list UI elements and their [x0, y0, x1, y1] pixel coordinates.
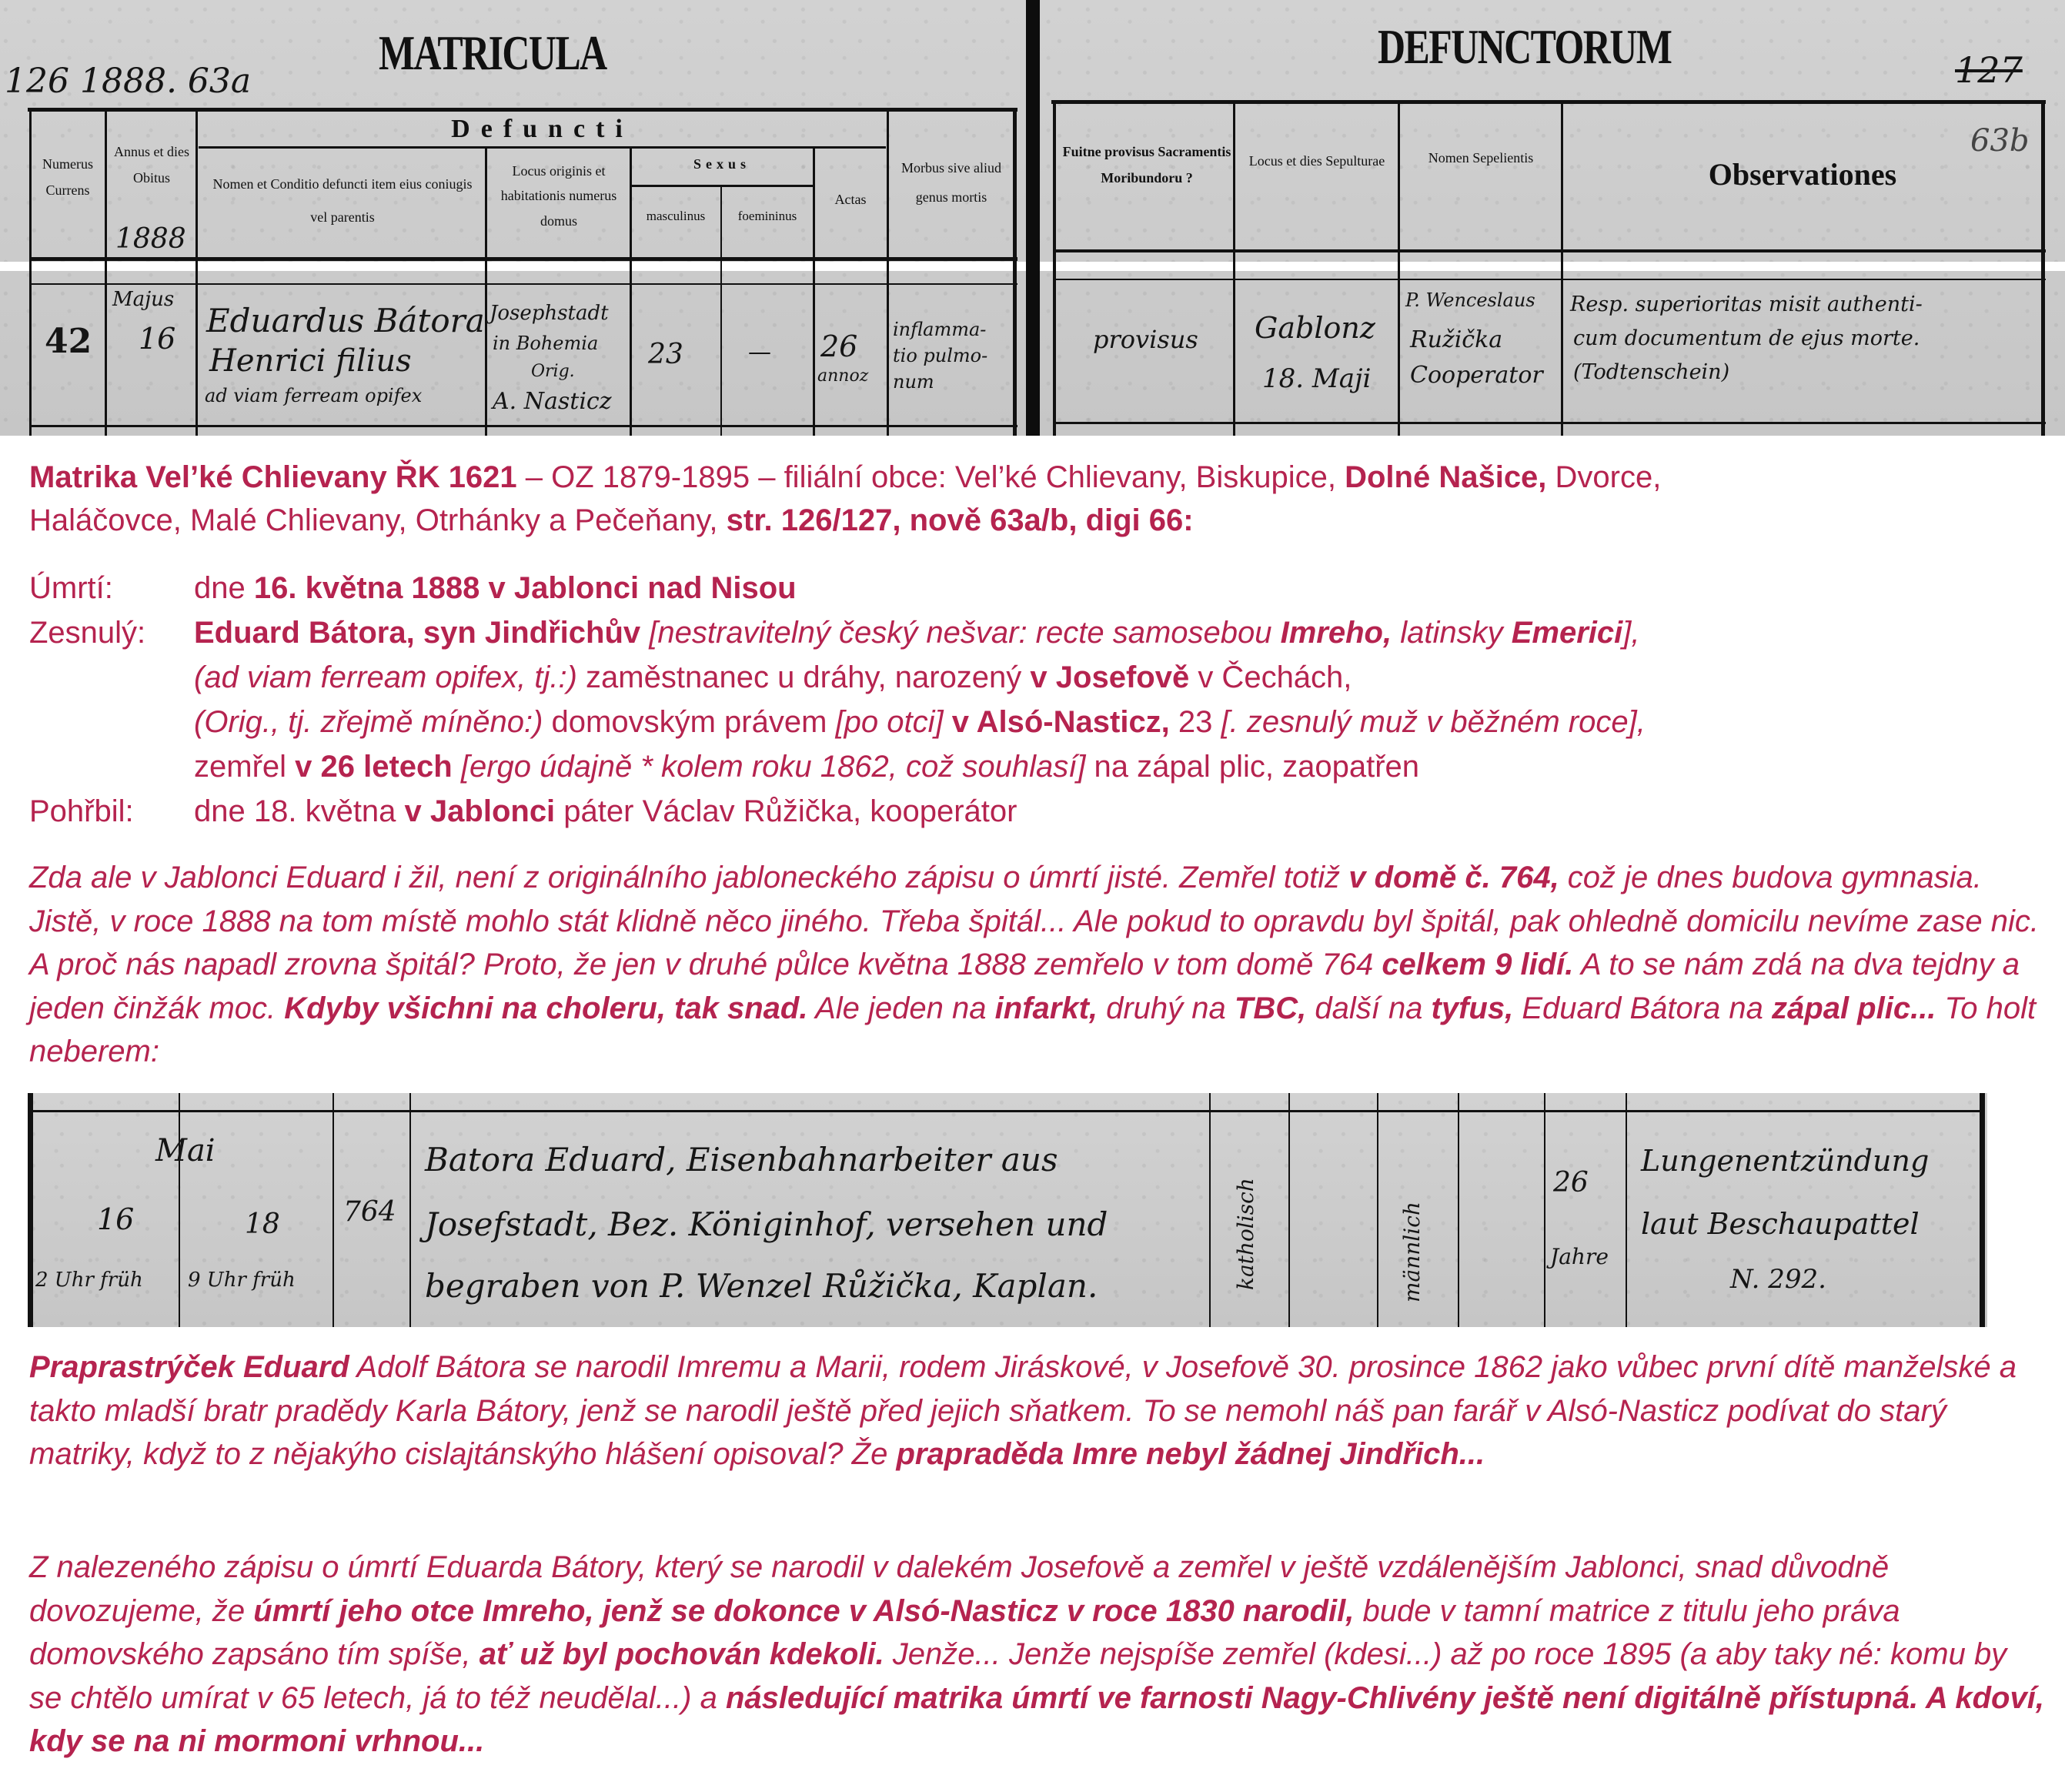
scan2-age-unit: Jahre: [1550, 1244, 1609, 1269]
label-deceased: Zesnulý:: [29, 611, 145, 654]
burial-value: dne 18. května v Jablonci páter Václav R…: [194, 790, 1017, 833]
note: [ergo údajně * kolem roku 1862, což souh…: [453, 750, 1086, 784]
note-bold: Imreho,: [1281, 616, 1392, 650]
row-name-line3: ad viam ferream opifex: [205, 385, 422, 406]
col-line: [1458, 1093, 1459, 1327]
row-top: [1054, 279, 2046, 280]
col-line: [1626, 1093, 1627, 1327]
title-matricula: MATRICULA: [379, 25, 606, 82]
deceased-name: Eduard Bátora, syn Jindřichův: [194, 616, 640, 650]
text: páter Václav Růžička, kooperátor: [555, 794, 1017, 828]
emph: Praprastrýček Eduard: [29, 1350, 349, 1384]
header-provisus: Fuitne provisus Sacramentis Moribundoru …: [1062, 139, 1231, 191]
table-header-bottom-right: [1054, 249, 2046, 252]
text: zaměstnanec u dráhy, narozený: [577, 660, 1030, 694]
row-locus-line1: Josephstadt: [490, 302, 609, 325]
label-burial: Pohřbil:: [29, 790, 134, 833]
row-sepeliens-line3: Cooperator: [1410, 362, 1543, 389]
burial-place: v Jablonci: [405, 794, 556, 828]
col-line: [630, 148, 632, 436]
scan2-age: 26: [1553, 1167, 1589, 1199]
col-line: [105, 108, 107, 436]
col-line: [2041, 100, 2045, 436]
emph: ať už byl pochován kdekoli.: [479, 1637, 884, 1671]
header-locus: Locus originis et habitationis numerus d…: [488, 159, 630, 233]
col-line: [409, 1093, 411, 1327]
scan2-month: Mai: [155, 1133, 216, 1168]
sexus-underline: [631, 185, 813, 187]
emph: Kdyby všichni na choleru, tak snad.: [284, 991, 807, 1025]
scan2-cause-line3: N. 292.: [1730, 1264, 1826, 1295]
header-annus: Annus et dies Obitus: [108, 139, 195, 191]
row-name-line2: Henrici filius: [209, 343, 412, 379]
age: v 26 letech: [295, 750, 453, 784]
text: další na: [1306, 991, 1431, 1025]
scan2-house: 764: [343, 1196, 396, 1228]
row-morbus-line3: num: [893, 371, 934, 393]
row-locus-line2: in Bohemia: [493, 333, 598, 354]
row-top: [31, 283, 1017, 285]
frame-left: [28, 1093, 33, 1327]
table-top-right: [1051, 100, 2046, 104]
row-locus-line3: Orig.: [531, 362, 575, 381]
row-sepultura-line1: Gablonz: [1255, 311, 1375, 345]
row-month: Majus: [112, 288, 174, 311]
source-text: Dvorce,: [1546, 460, 1661, 494]
source-title: Matrika Vel’ké Chlievany ŘK 1621: [29, 460, 517, 494]
col-line: [1233, 103, 1235, 436]
note: (ad viam ferream opifex, tj.:): [194, 660, 577, 694]
header-masculinus: masculinus: [631, 206, 720, 226]
commentary-paragraph-1: Zda ale v Jablonci Eduard i žil, není z …: [29, 856, 2046, 1074]
page-ref-left: 126 1888. 63a: [5, 62, 251, 101]
row-morbus-line2: tio pulmo-: [893, 345, 987, 366]
register-scan-matricula: 126 1888. 63a 127 63b MATRICULA DEFUNCTO…: [0, 0, 2065, 436]
note: [nestravitelný český nešvar: recte samos…: [640, 616, 1280, 650]
header-nomen: Nomen et Conditio defuncti item eius con…: [208, 168, 477, 234]
col-line: [195, 108, 198, 436]
source-header-line1: Matrika Vel’ké Chlievany ŘK 1621 – OZ 18…: [29, 456, 1661, 499]
row-domus: 23: [648, 339, 683, 370]
text: druhý na: [1098, 991, 1235, 1025]
scan2-text-line1: Batora Eduard, Eisenbahnarbeiter aus: [425, 1141, 1058, 1179]
emph: úmrtí jeho otce Imreho, jenž se dokonce …: [253, 1594, 1354, 1628]
register-scan-jablonec: Mai 16 18 2 Uhr früh 9 Uhr früh 764 Bato…: [28, 1093, 1987, 1327]
row-locus-line4: A. Nasticz: [493, 388, 612, 415]
row-observatio-line3: (Todtenschein): [1573, 360, 1729, 384]
birthplace: v Josefově: [1030, 660, 1189, 694]
note: latinsky: [1392, 616, 1512, 650]
text: Ale jeden na: [807, 991, 994, 1025]
col-line: [1561, 103, 1563, 436]
text: zemřel: [194, 750, 295, 784]
row-sepeliens-line1: P. Wenceslaus: [1405, 289, 1535, 311]
row-morbus-line1: inflamma-: [893, 319, 986, 340]
text: na zápal plic, zaopatřen: [1085, 750, 1419, 784]
death-value: dne 16. května 1888 v Jablonci nad Nisou: [194, 567, 797, 610]
group-header-defuncti: Defuncti: [199, 109, 886, 150]
scan2-cause-line1: Lungenentzündung: [1641, 1144, 1929, 1178]
row-sepeliens-line2: Ružička: [1410, 326, 1502, 353]
col-line: [1288, 1093, 1290, 1327]
scan2-sex: männlich: [1399, 1202, 1425, 1302]
col-line: [485, 148, 487, 436]
scan2-text-line3: begraben von P. Wenzel Růžička, Kaplan.: [425, 1267, 1098, 1305]
text: [944, 705, 952, 739]
col-line: [1377, 1093, 1378, 1327]
emph: TBC,: [1235, 991, 1306, 1025]
note-bold: Emerici: [1512, 616, 1623, 650]
col-line: [1398, 103, 1400, 436]
deceased-line2: (ad viam ferream opifex, tj.:) zaměstnan…: [194, 656, 1352, 699]
title-defunctorum: DEFUNCTORUM: [1378, 18, 1671, 75]
text: v Čechách,: [1189, 660, 1352, 694]
row-foemininus: —: [748, 339, 771, 366]
book-gutter: [1026, 0, 1040, 436]
commentary-paragraph-2: Praprastrýček Eduard Adolf Bátora se nar…: [29, 1346, 2046, 1476]
col-line: [332, 1093, 334, 1327]
row-observatio-line1: Resp. superioritas misit authenti-: [1570, 293, 1923, 316]
text: Eduard Bátora na: [1513, 991, 1772, 1025]
scan2-burial-time: 9 Uhr früh: [188, 1269, 296, 1292]
deceased-line4: zemřel v 26 letech [ergo údajně * kolem …: [194, 745, 1419, 788]
emph: celkem 9 lidí.: [1382, 948, 1573, 981]
death-date-place: 16. května 1888 v Jablonci nad Nisou: [254, 571, 797, 605]
note: [po otci]: [836, 705, 944, 739]
row-sepultura-line2: 18. Maji: [1262, 363, 1371, 394]
scan2-religion: katholisch: [1233, 1178, 1258, 1290]
emph: v domě č. 764,: [1348, 861, 1559, 894]
page-ref-right: 127: [1955, 49, 2023, 91]
col-line: [1053, 100, 1056, 436]
col-line: [887, 108, 889, 436]
text: dne: [194, 571, 254, 605]
note: [. zesnulý muž v běžném roce],: [1221, 705, 1646, 739]
header-sexus: Sexus: [631, 154, 813, 176]
emph: tyfus,: [1432, 991, 1514, 1025]
header-aetas: Actas: [814, 189, 887, 211]
commentary-paragraph-3: Z nalezeného zápisu o úmrtí Eduarda Báto…: [29, 1546, 2046, 1764]
deceased-line1: Eduard Bátora, syn Jindřichův [nestravit…: [194, 611, 1639, 654]
text: 23: [1170, 705, 1221, 739]
source-text: – OZ 1879-1895 – filiální obce: Vel’ké C…: [517, 460, 1345, 494]
header-morbus: Morbus sive aliud genus mortis: [890, 154, 1013, 212]
col-line: [1209, 1093, 1211, 1327]
text: domovským právem: [543, 705, 835, 739]
text: Zda ale v Jablonci Eduard i žil, není z …: [29, 861, 1348, 894]
emph: infarkt,: [995, 991, 1098, 1025]
row-name-line1: Eduardus Bátora: [206, 302, 485, 339]
row-day: 16: [139, 322, 175, 356]
row-numerus: 42: [45, 322, 92, 361]
row-aetas: 26: [820, 329, 857, 363]
table-header-bottom-left: [31, 257, 1017, 261]
text: dne 18. května: [194, 794, 405, 828]
scan2-death-time: 2 Uhr früh: [35, 1269, 143, 1292]
source-village: Dolné Našice,: [1345, 460, 1546, 494]
col-line: [1544, 1093, 1545, 1327]
header-foemininus: foemininus: [722, 206, 813, 226]
col-line: [1013, 108, 1017, 436]
row-observatio-line2: cum documentum de ejus morte.: [1573, 326, 1920, 350]
scan2-cause-line2: laut Beschaupattel: [1641, 1207, 1920, 1241]
label-death: Úmrtí:: [29, 567, 113, 610]
note: (Orig., tj. zřejmě míněno:): [194, 705, 543, 739]
scan2-burial-day: 18: [245, 1209, 280, 1240]
emph: zápal plic...: [1772, 991, 1936, 1025]
note: ],: [1622, 616, 1639, 650]
header-annus-year: 1888: [115, 223, 186, 255]
frame-right: [1980, 1093, 1985, 1327]
header-numerus: Numerus Currens: [31, 151, 105, 203]
header-sepeliens: Nomen Sepelientis: [1401, 142, 1561, 175]
row-aetas-unit: annoz: [817, 366, 868, 386]
source-header-line2: Haláčovce, Malé Chlievany, Otrhánky a Pe…: [29, 499, 1194, 542]
source-page-ref: str. 126/127, nově 63a/b, digi 66:: [727, 503, 1194, 537]
row-provisus: provisus: [1093, 325, 1198, 354]
row-bottom: [1054, 422, 2046, 424]
domicile: v Alsó-Nasticz,: [952, 705, 1170, 739]
scan2-text-line2: Josefstadt, Bez. Königinhof, versehen un…: [425, 1205, 1108, 1243]
col-line: [179, 1093, 180, 1327]
scan2-death-day: 16: [97, 1202, 134, 1236]
deceased-line3: (Orig., tj. zřejmě míněno:) domovským pr…: [194, 700, 1646, 744]
header-sepultura: Locus et dies Sepulturae: [1236, 145, 1398, 178]
emph: prapraděda Imre nebyl žádnej Jindřich...: [896, 1437, 1485, 1471]
row-top: [32, 1110, 1980, 1112]
source-text: Haláčovce, Malé Chlievany, Otrhánky a Pe…: [29, 503, 727, 537]
header-observationes: Observationes: [1564, 151, 2041, 199]
row-bottom: [31, 425, 1017, 427]
